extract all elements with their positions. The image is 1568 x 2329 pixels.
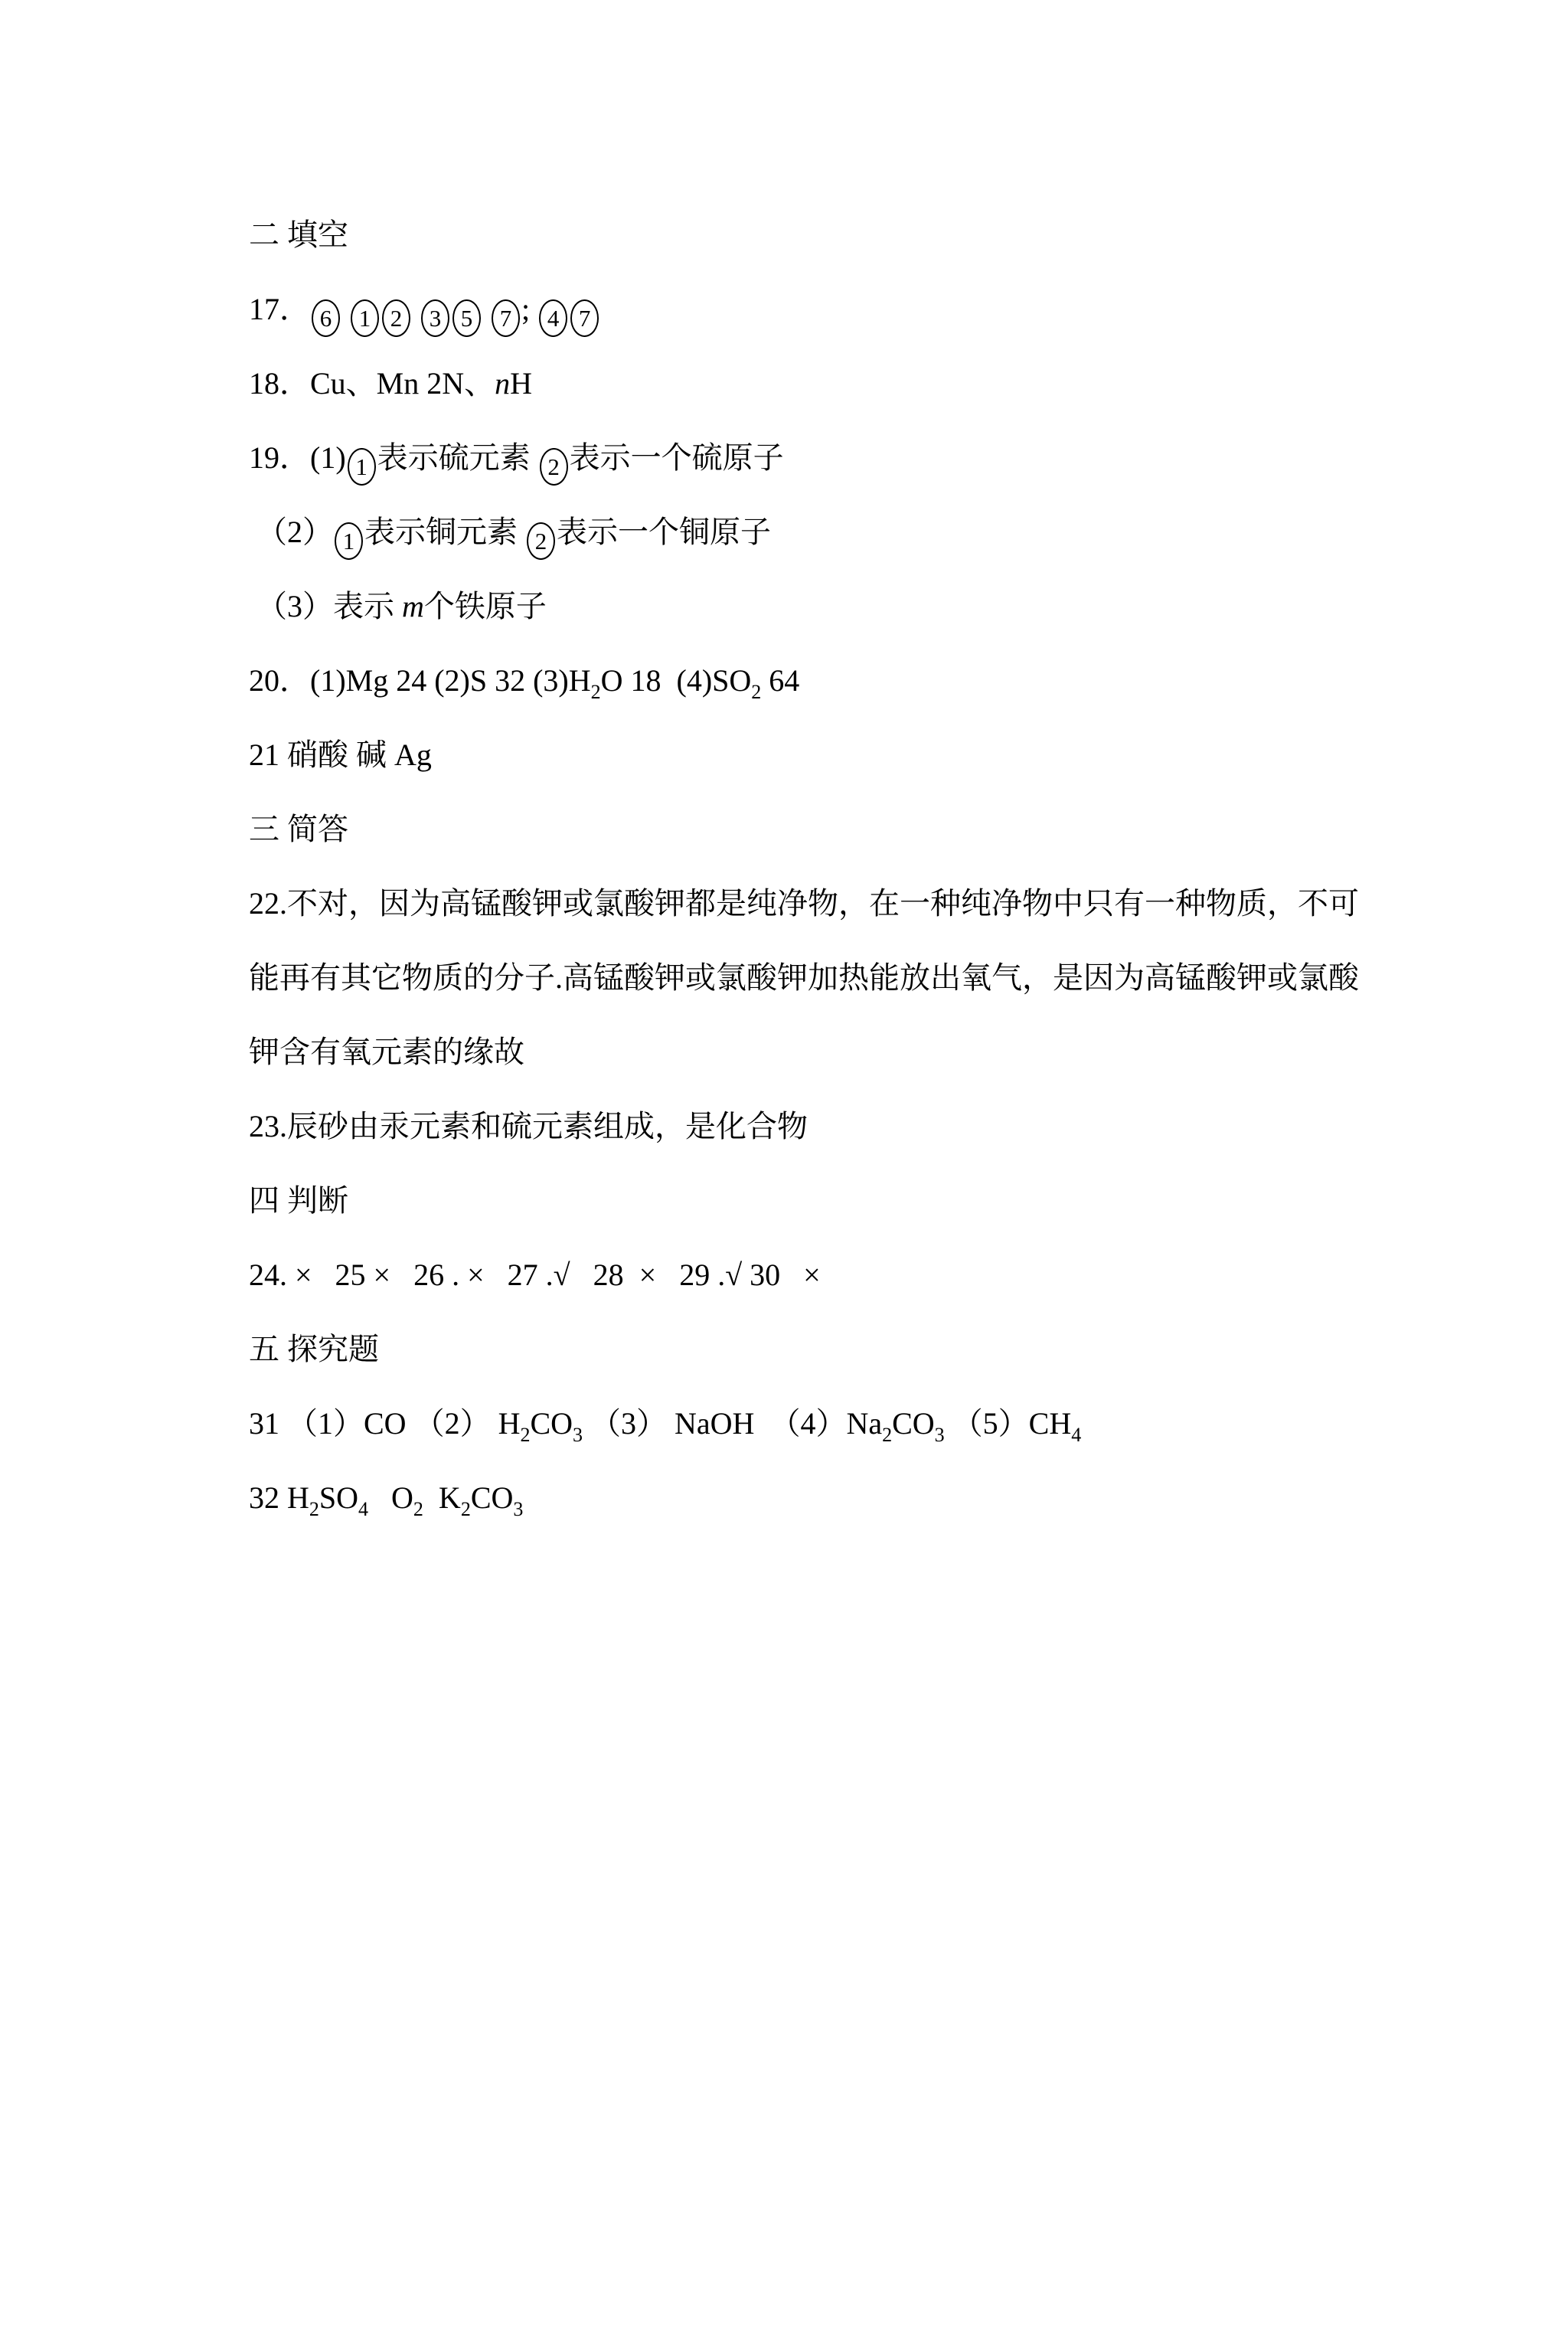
text-run: 31 （1）CO （2） H — [249, 1406, 520, 1441]
text-run: （3）表示 — [249, 589, 402, 623]
text-run: 二 填空 — [249, 218, 348, 252]
subscript-digit: 2 — [461, 1498, 471, 1520]
answer-line-31: 31 （1）CO （2） H2CO3 （3） NaOH （4）Na2CO3 （5… — [249, 1386, 1443, 1461]
text-run: 23.辰砂由汞元素和硫元素组成，是化合物 — [249, 1109, 808, 1143]
subscript-digit: 4 — [358, 1498, 368, 1520]
text-run: 能再有其它物质的分子.高锰酸钾或氯酸钾加热能放出氧气，是因为高锰酸钾或氯酸 — [249, 960, 1359, 995]
text-run: （3） NaOH （4）Na — [583, 1406, 882, 1441]
answer-line-21: 21 硝酸 碱 Ag — [249, 718, 1443, 792]
text-run: 五 探究题 — [249, 1332, 379, 1366]
text-run: CO — [471, 1480, 514, 1515]
text-run: 表示一个硫原子 — [570, 440, 784, 475]
answer-line-19-part1: 19．(1)1表示硫元素 2表示一个硫原子 — [249, 420, 1443, 495]
text-run: 22.不对，因为高锰酸钾或氯酸钾都是纯净物，在一种纯净物中只有一种物质，不可 — [249, 886, 1359, 921]
section-heading-short-answer: 三 简答 — [249, 792, 1443, 866]
text-run: CO — [530, 1406, 573, 1441]
subscript-digit: 3 — [573, 1424, 583, 1446]
subscript-digit: 2 — [882, 1424, 892, 1446]
section-heading-inquiry: 五 探究题 — [249, 1312, 1443, 1386]
text-run: O — [368, 1480, 413, 1515]
document-body: 二 填空17．6 12 35 7; 4718．Cu、Mn 2N、nH19．(1)… — [249, 198, 1443, 1535]
text-run: 24. × 25 × 26 . × 27 .√ 28 × 29 .√ 30 × — [249, 1258, 821, 1292]
subscript-digit: 2 — [520, 1424, 530, 1446]
answer-line-19-part3: （3）表示 m个铁原子 — [249, 569, 1443, 643]
answer-line-23: 23.辰砂由汞元素和硫元素组成，是化合物 — [249, 1089, 1443, 1163]
answer-line-32: 32 H2SO4 O2 K2CO3 — [249, 1461, 1443, 1535]
answer-sheet-page: 二 填空17．6 12 35 7; 4718．Cu、Mn 2N、nH19．(1)… — [0, 0, 1568, 2329]
circled-number: 5 — [452, 299, 481, 337]
subscript-digit: 2 — [751, 681, 761, 703]
text-run: 三 简答 — [249, 812, 348, 846]
circled-number: 2 — [540, 448, 568, 486]
subscript-digit: 4 — [1071, 1424, 1081, 1446]
text-run: H — [510, 366, 532, 401]
answer-line-18: 18．Cu、Mn 2N、nH — [249, 346, 1443, 420]
subscript-digit: 2 — [591, 681, 601, 703]
text-run: 表示一个铜原子 — [557, 515, 771, 549]
answer-line-20: 20．(1)Mg 24 (2)S 32 (3)H2O 18 (4)SO2 64 — [249, 643, 1443, 718]
text-run: 21 硝酸 碱 Ag — [249, 738, 432, 772]
circled-number: 2 — [527, 522, 555, 560]
italic-variable: n — [495, 366, 510, 401]
answer-line-22-row1: 22.不对，因为高锰酸钾或氯酸钾都是纯净物，在一种纯净物中只有一种物质，不可 — [249, 866, 1443, 940]
subscript-digit: 2 — [309, 1498, 319, 1520]
text-run: 18．Cu、Mn 2N、 — [249, 366, 495, 401]
text-run: 钾含有氧元素的缘故 — [249, 1035, 524, 1069]
subscript-digit: 2 — [413, 1498, 423, 1520]
text-run: 表示铜元素 — [364, 515, 525, 549]
answer-line-22-row2: 能再有其它物质的分子.高锰酸钾或氯酸钾加热能放出氧气，是因为高锰酸钾或氯酸 — [249, 940, 1443, 1015]
text-run: 17． — [249, 292, 310, 326]
text-run — [482, 292, 490, 326]
subscript-digit: 3 — [513, 1498, 523, 1520]
text-run: 19．(1) — [249, 440, 346, 475]
text-run: 20．(1)Mg 24 (2)S 32 (3)H — [249, 663, 591, 698]
italic-variable: m — [402, 589, 424, 623]
text-run: CO — [892, 1406, 935, 1441]
text-run: 64 — [761, 663, 799, 698]
circled-number: 7 — [492, 299, 520, 337]
section-heading-fill-in-blanks: 二 填空 — [249, 198, 1443, 272]
circled-number: 1 — [335, 522, 363, 560]
circled-number: 3 — [421, 299, 449, 337]
circled-number: 4 — [539, 299, 567, 337]
text-run: K — [423, 1480, 461, 1515]
text-run — [412, 292, 420, 326]
text-run: O 18 (4)SO — [601, 663, 752, 698]
circled-number: 1 — [351, 299, 379, 337]
text-run: SO — [319, 1480, 358, 1515]
text-run — [341, 292, 349, 326]
circled-number: 2 — [382, 299, 410, 337]
text-run: （5）CH — [945, 1406, 1072, 1441]
text-run: 32 H — [249, 1480, 309, 1515]
circled-number: 7 — [570, 299, 599, 337]
section-heading-judgment: 四 判断 — [249, 1163, 1443, 1238]
document-page: { "page": { "background_color": "#ffffff… — [0, 0, 1568, 2329]
circled-number: 1 — [348, 448, 376, 486]
circled-number: 6 — [312, 299, 340, 337]
answer-line-17: 17．6 12 35 7; 47 — [249, 272, 1443, 346]
text-run: 个铁原子 — [424, 589, 547, 623]
text-run: ; — [521, 292, 537, 326]
text-run: 表示硫元素 — [377, 440, 538, 475]
text-run: （2） — [249, 515, 333, 549]
subscript-digit: 3 — [935, 1424, 945, 1446]
answer-line-19-part2: （2）1表示铜元素 2表示一个铜原子 — [249, 495, 1443, 569]
answer-line-22-row3: 钾含有氧元素的缘故 — [249, 1015, 1443, 1089]
text-run: 四 判断 — [249, 1183, 348, 1218]
answer-line-24-to-30: 24. × 25 × 26 . × 27 .√ 28 × 29 .√ 30 × — [249, 1238, 1443, 1312]
